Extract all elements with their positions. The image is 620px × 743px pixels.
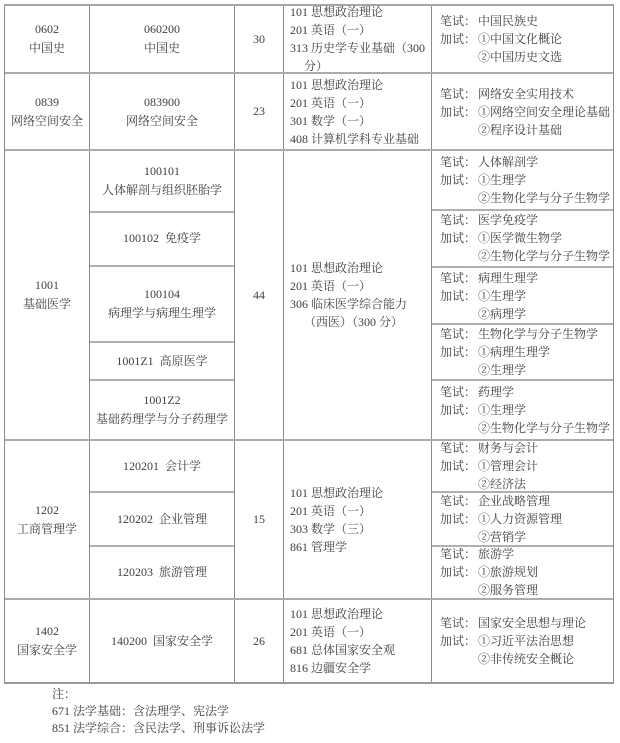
- additional-test-row: ②生理学: [440, 361, 610, 379]
- exam-item: 201 英语（一）: [290, 502, 427, 520]
- additional-test-item-1: ①生理学: [478, 401, 610, 419]
- exam-item: 303 数学（三）: [290, 520, 427, 538]
- specialty-code: 100104: [144, 285, 180, 304]
- additional-test-item-1: ①中国文化概论: [478, 30, 610, 48]
- written-test-row: 笔试： 旅游学: [440, 545, 610, 563]
- written-test-label: 笔试：: [440, 545, 478, 563]
- additional-test-item-2: ②中国历史文选: [478, 48, 610, 66]
- table-group-row: 1202 工商管理学 120201 会计学 120202 企业管理 120203…: [5, 439, 613, 598]
- written-test-row: 笔试： 企业战略管理: [440, 492, 610, 510]
- exam-item: 101 思想政治理论: [290, 484, 427, 502]
- specialty-name: 基础药理学与分子药理学: [96, 410, 228, 429]
- specialty-code: 083900: [144, 93, 180, 112]
- quota-cell: 44: [234, 151, 283, 439]
- retest-cell: 笔试： 旅游学 加试： ①旅游规划 ②服务管理: [432, 545, 613, 598]
- quota-cell: 23: [234, 74, 283, 149]
- written-test-row: 笔试： 医学免疫学: [440, 211, 610, 229]
- retest-column: 笔试： 中国民族史 加试： ①中国文化概论 ②中国历史文选: [431, 6, 613, 72]
- additional-test-row: 加试： ①网络空间安全理论基础: [440, 103, 610, 121]
- specialty-name: 旅游管理: [159, 563, 207, 582]
- discipline-code: 0602: [35, 20, 59, 39]
- additional-test-label: 加试：: [440, 457, 478, 475]
- additional-test-item-2: ②生物化学与分子生物学: [478, 419, 610, 437]
- exam-item: 861 管理学: [290, 538, 427, 556]
- specialty-code: 120203: [117, 563, 153, 582]
- additional-test-label: 加试：: [440, 510, 478, 528]
- discipline-name: 基础医学: [23, 295, 71, 314]
- exam-item: 101 思想政治理论: [290, 259, 427, 277]
- quota-value: 26: [253, 632, 265, 651]
- written-test-row: 笔试： 人体解剖学: [440, 153, 610, 171]
- discipline-code: 1202: [35, 501, 59, 520]
- written-test-label: 笔试：: [440, 383, 478, 401]
- written-test-row: 笔试： 国家安全思想与理论: [440, 614, 610, 632]
- specialty-cell: 060200 中国史: [90, 6, 234, 72]
- additional-test-row: ②非传统安全概论: [440, 650, 610, 668]
- written-test-value: 网络安全实用技术: [478, 85, 610, 103]
- additional-test-label: 加试：: [440, 229, 478, 247]
- specialty-name: 会计学: [165, 457, 201, 476]
- specialty-code: 120202: [117, 510, 153, 529]
- specialty-code: 120201: [123, 457, 159, 476]
- written-test-label: 笔试：: [440, 12, 478, 30]
- retest-cell: 笔试： 中国民族史 加试： ①中国文化概论 ②中国历史文选: [432, 6, 613, 72]
- written-test-label: 笔试：: [440, 492, 478, 510]
- retest-column: 笔试： 财务与会计 加试： ①管理会计 ②经济法 笔试： 企业: [431, 441, 613, 598]
- additional-test-row: 加试： ①生理学: [440, 401, 610, 419]
- specialty-name: 高原医学: [160, 352, 208, 371]
- additional-test-row: ②营销学: [440, 528, 610, 546]
- additional-test-item-1: ①医学微生物学: [478, 229, 610, 247]
- exam-subjects-cell: 101 思想政治理论 201 英语（一） 301 数学（一） 408 计算机学科…: [283, 74, 431, 149]
- written-test-label: 笔试：: [440, 269, 478, 287]
- additional-test-item-2: ②病理学: [478, 305, 610, 323]
- additional-test-row: 加试： ①中国文化概论: [440, 30, 610, 48]
- exam-item: 101 思想政治理论: [290, 76, 427, 94]
- exam-subjects-cell: 101 思想政治理论 201 英语（一） 306 临床医学综合能力（西医）（30…: [283, 151, 431, 439]
- written-test-row: 笔试： 网络安全实用技术: [440, 85, 610, 103]
- specialty-name: 病理学与病理生理学: [108, 304, 216, 323]
- additional-test-label: 加试：: [440, 103, 478, 121]
- notes-section: 注： 671 法学基础：含法理学、宪法学 851 法学综合：含民法学、刑事诉讼法…: [52, 686, 265, 736]
- written-test-label: 笔试：: [440, 153, 478, 171]
- quota-cell: 30: [234, 6, 283, 72]
- written-test-label: 笔试：: [440, 325, 478, 343]
- retest-cell: 笔试： 财务与会计 加试： ①管理会计 ②经济法: [432, 441, 613, 491]
- specialty-column: 100101 人体解剖与组织胚胎学 100102 免疫学 100104 病理学与…: [89, 151, 234, 439]
- table-group-row: 1001 基础医学 100101 人体解剖与组织胚胎学 100102 免疫学 1…: [5, 149, 613, 439]
- additional-test-item-1: ①习近平法治思想: [478, 632, 610, 650]
- additional-test-item-1: ①生理学: [478, 287, 610, 305]
- specialty-cell: 083900 网络空间安全: [90, 74, 234, 149]
- additional-test-item-1: ①旅游规划: [478, 563, 610, 581]
- discipline-code: 0839: [35, 93, 59, 112]
- quota-cell: 26: [234, 600, 283, 682]
- additional-test-row: 加试： ①病理生理学: [440, 343, 610, 361]
- written-test-value: 企业战略管理: [478, 492, 610, 510]
- retest-cell: 笔试： 网络安全实用技术 加试： ①网络空间安全理论基础 ②程序设计基础: [432, 74, 613, 149]
- discipline-cell: 1202 工商管理学: [5, 441, 89, 598]
- specialty-cell: 120203 旅游管理: [90, 545, 234, 598]
- additional-test-item-2: ②生物化学与分子生物学: [478, 247, 610, 265]
- written-test-value: 旅游学: [478, 545, 610, 563]
- document-page: 0602 中国史 060200 中国史 30 101 思想政治理论 201 英语…: [0, 0, 620, 743]
- written-test-value: 病理生理学: [478, 269, 610, 287]
- specialty-column: 140200 国家安全学: [89, 600, 234, 682]
- quota-value: 23: [253, 102, 265, 121]
- additional-test-row: ②中国历史文选: [440, 48, 610, 66]
- written-test-value: 医学免疫学: [478, 211, 610, 229]
- specialty-cell: 100102 免疫学: [90, 211, 234, 266]
- written-test-row: 笔试： 病理生理学: [440, 269, 610, 287]
- retest-cell: 笔试： 医学免疫学 加试： ①医学微生物学 ②生物化学与分子生物学: [432, 209, 613, 267]
- additional-test-row: ②生物化学与分子生物学: [440, 247, 610, 265]
- additional-test-item-2: ②非传统安全概论: [478, 650, 610, 668]
- specialty-column: 083900 网络空间安全: [89, 74, 234, 149]
- exam-item: 201 英语（一）: [290, 21, 427, 39]
- discipline-name: 网络空间安全: [11, 112, 83, 131]
- specialty-cell: 100104 病理学与病理生理学: [90, 265, 234, 340]
- written-test-value: 生物化学与分子生物学: [478, 325, 610, 343]
- note-line: 851 法学综合：含民法学、刑事诉讼法学: [52, 720, 265, 736]
- additional-test-label: 加试：: [440, 287, 478, 305]
- additional-test-row: ②生物化学与分子生物学: [440, 189, 610, 207]
- additional-test-item-1: ①病理生理学: [478, 343, 610, 361]
- written-test-row: 笔试： 生物化学与分子生物学: [440, 325, 610, 343]
- specialty-name: 企业管理: [159, 510, 207, 529]
- exam-subjects-cell: 101 思想政治理论 201 英语（一） 303 数学（三） 861 管理学: [283, 441, 431, 598]
- exam-item: 408 计算机学科专业基础: [290, 130, 427, 148]
- retest-cell: 笔试： 国家安全思想与理论 加试： ①习近平法治思想 ②非传统安全概论: [432, 600, 613, 682]
- specialty-column: 060200 中国史: [89, 6, 234, 72]
- retest-cell: 笔试： 病理生理学 加试： ①生理学 ②病理学: [432, 266, 613, 323]
- specialty-name: 中国史: [144, 39, 180, 58]
- specialty-cell: 120202 企业管理: [90, 491, 234, 544]
- discipline-name: 中国史: [29, 39, 65, 58]
- exam-item: 201 英语（一）: [290, 277, 427, 295]
- exam-subjects-cell: 101 思想政治理论 201 英语（一） 681 总体国家安全观 816 边疆安…: [283, 600, 431, 682]
- specialty-code: 060200: [144, 20, 180, 39]
- retest-cell: 笔试： 药理学 加试： ①生理学 ②生物化学与分子生物学: [432, 379, 613, 439]
- written-test-row: 笔试： 药理学: [440, 383, 610, 401]
- exam-item: 201 英语（一）: [290, 623, 427, 641]
- additional-test-item-1: ①管理会计: [478, 457, 610, 475]
- written-test-label: 笔试：: [440, 614, 478, 632]
- specialty-column: 120201 会计学 120202 企业管理 120203 旅游管理: [89, 441, 234, 598]
- written-test-row: 笔试： 财务与会计: [440, 439, 610, 457]
- specialty-name: 人体解剖与组织胚胎学: [102, 181, 222, 200]
- written-test-value: 中国民族史: [478, 12, 610, 30]
- retest-column: 笔试： 人体解剖学 加试： ①生理学 ②生物化学与分子生物学 笔试：: [431, 151, 613, 439]
- specialty-name: 网络空间安全: [126, 112, 198, 131]
- written-test-value: 人体解剖学: [478, 153, 610, 171]
- additional-test-row: 加试： ①医学微生物学: [440, 229, 610, 247]
- discipline-cell: 1001 基础医学: [5, 151, 89, 439]
- additional-test-label: 加试：: [440, 632, 478, 650]
- additional-test-item-1: ①网络空间安全理论基础: [478, 103, 610, 121]
- additional-test-label: 加试：: [440, 401, 478, 419]
- exam-item: 101 思想政治理论: [290, 605, 427, 623]
- specialty-cell: 100101 人体解剖与组织胚胎学: [90, 151, 234, 211]
- additional-test-row: ②病理学: [440, 305, 610, 323]
- specialty-code: 1001Z1: [116, 352, 153, 371]
- written-test-label: 笔试：: [440, 211, 478, 229]
- specialty-cell: 140200 国家安全学: [90, 600, 234, 682]
- additional-test-label: 加试：: [440, 30, 478, 48]
- discipline-code: 1402: [35, 622, 59, 641]
- retest-column: 笔试： 网络安全实用技术 加试： ①网络空间安全理论基础 ②程序设计基础: [431, 74, 613, 149]
- specialty-name: 国家安全学: [153, 632, 213, 651]
- additional-test-row: ②服务管理: [440, 581, 610, 599]
- exam-item: 306 临床医学综合能力（西医）（300 分）: [290, 295, 427, 331]
- exam-item: 201 英语（一）: [290, 94, 427, 112]
- additional-test-row: ②程序设计基础: [440, 121, 610, 139]
- specialty-code: 100101: [144, 162, 180, 181]
- written-test-label: 笔试：: [440, 85, 478, 103]
- quota-value: 15: [253, 510, 265, 529]
- written-test-value: 财务与会计: [478, 439, 610, 457]
- discipline-cell: 0839 网络空间安全: [5, 74, 89, 149]
- table-group-row: 0602 中国史 060200 中国史 30 101 思想政治理论 201 英语…: [5, 6, 613, 72]
- additional-test-row: ②生物化学与分子生物学: [440, 419, 610, 437]
- additional-test-item-2: ②程序设计基础: [478, 121, 610, 139]
- specialty-cell: 120201 会计学: [90, 441, 234, 491]
- table-group-row: 0839 网络空间安全 083900 网络空间安全 23 101 思想政治理论 …: [5, 72, 613, 149]
- discipline-code: 1001: [35, 276, 59, 295]
- retest-cell: 笔试： 企业战略管理 加试： ①人力资源管理 ②营销学: [432, 491, 613, 544]
- additional-test-label: 加试：: [440, 171, 478, 189]
- specialty-name: 免疫学: [165, 229, 201, 248]
- additional-test-item-1: ①人力资源管理: [478, 510, 610, 528]
- additional-test-row: 加试： ①旅游规划: [440, 563, 610, 581]
- additional-test-row: 加试： ①生理学: [440, 287, 610, 305]
- specialty-cell: 1001Z2 基础药理学与分子药理学: [90, 379, 234, 439]
- additional-test-item-1: ①生理学: [478, 171, 610, 189]
- admissions-table: 0602 中国史 060200 中国史 30 101 思想政治理论 201 英语…: [4, 4, 614, 684]
- written-test-row: 笔试： 中国民族史: [440, 12, 610, 30]
- quota-value: 30: [253, 30, 265, 49]
- additional-test-row: 加试： ①生理学: [440, 171, 610, 189]
- written-test-label: 笔试：: [440, 439, 478, 457]
- retest-cell: 笔试： 生物化学与分子生物学 加试： ①病理生理学 ②生理学: [432, 323, 613, 380]
- exam-item: 101 思想政治理论: [290, 3, 427, 21]
- written-test-value: 国家安全思想与理论: [478, 614, 610, 632]
- exam-item: 816 边疆安全学: [290, 659, 427, 677]
- written-test-value: 药理学: [478, 383, 610, 401]
- exam-item: 681 总体国家安全观: [290, 641, 427, 659]
- additional-test-item-2: ②服务管理: [478, 581, 610, 599]
- additional-test-label: 加试：: [440, 563, 478, 581]
- notes-title: 注：: [52, 686, 265, 702]
- note-line: 671 法学基础：含法理学、宪法学: [52, 703, 265, 719]
- discipline-name: 国家安全学: [17, 641, 77, 660]
- exam-item: 313 历史学专业基础（300 分）: [290, 39, 427, 75]
- quota-cell: 15: [234, 441, 283, 598]
- specialty-code: 140200: [111, 632, 147, 651]
- discipline-cell: 1402 国家安全学: [5, 600, 89, 682]
- specialty-code: 1001Z2: [143, 391, 180, 410]
- additional-test-item-2: ②生理学: [478, 361, 610, 379]
- additional-test-row: 加试： ①管理会计: [440, 457, 610, 475]
- specialty-cell: 1001Z1 高原医学: [90, 341, 234, 380]
- retest-cell: 笔试： 人体解剖学 加试： ①生理学 ②生物化学与分子生物学: [432, 151, 613, 209]
- additional-test-item-2: ②营销学: [478, 528, 610, 546]
- exam-item: 301 数学（一）: [290, 112, 427, 130]
- quota-value: 44: [253, 286, 265, 305]
- retest-column: 笔试： 国家安全思想与理论 加试： ①习近平法治思想 ②非传统安全概论: [431, 600, 613, 682]
- additional-test-item-2: ②生物化学与分子生物学: [478, 189, 610, 207]
- additional-test-row: 加试： ①人力资源管理: [440, 510, 610, 528]
- discipline-cell: 0602 中国史: [5, 6, 89, 72]
- discipline-name: 工商管理学: [17, 520, 77, 539]
- table-group-row: 1402 国家安全学 140200 国家安全学 26 101 思想政治理论 20…: [5, 598, 613, 682]
- specialty-code: 100102: [123, 229, 159, 248]
- exam-subjects-cell: 101 思想政治理论 201 英语（一） 313 历史学专业基础（300 分）: [283, 6, 431, 72]
- additional-test-label: 加试：: [440, 343, 478, 361]
- additional-test-row: 加试： ①习近平法治思想: [440, 632, 610, 650]
